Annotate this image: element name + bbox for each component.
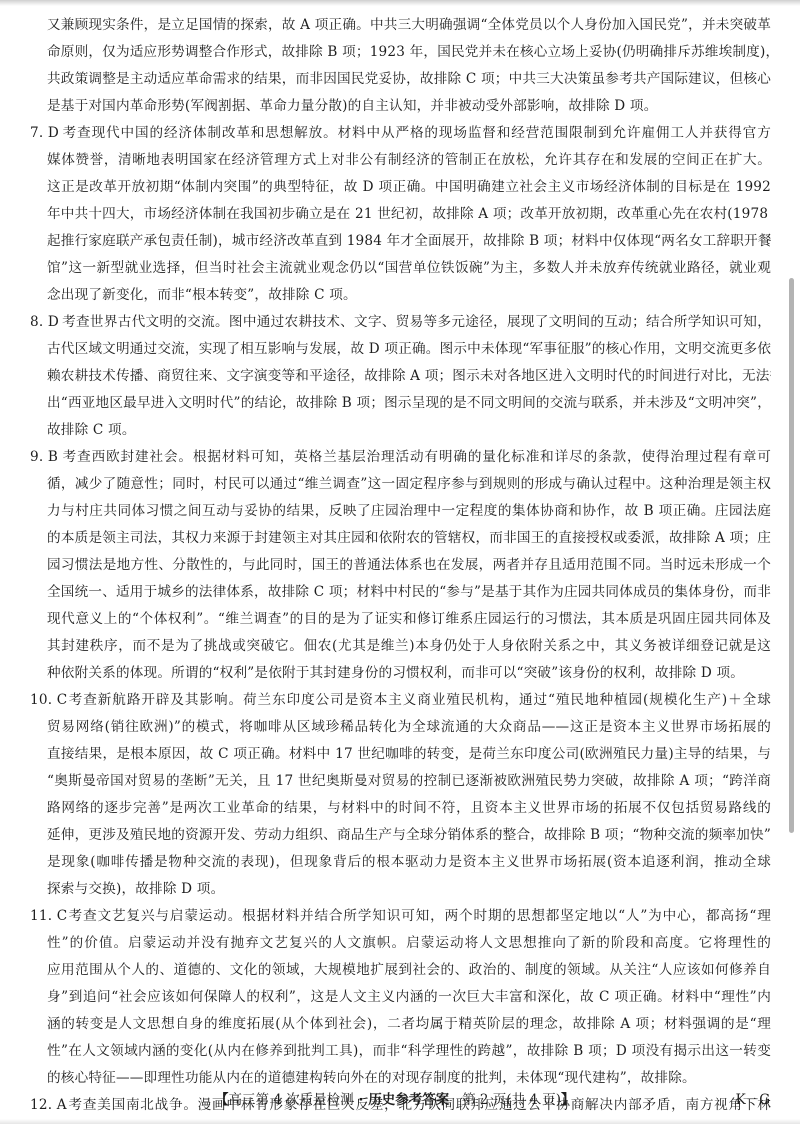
text-line: 园习惯法是地方性、分散性的，与此同时，国王的普通法体系也在发展，两者并存且适用范… [0,552,771,579]
text-line: 路网络的逐步完善”是两次工业革命的结果，与材料中的时间不符，且资本主义世界市场的… [0,795,771,822]
text-line: 是基于对国内革命形势(军阀割据、革命力量分散)的自主认知，并非被动受外部影响，故… [0,93,771,120]
text-line: 贸易网络(销往欧洲)”的模式，将咖啡从区域珍稀品转化为全球流通的大众商品——这正… [0,714,771,741]
text-line: 直接结果，是根本原因，故 C 项正确。材料中 17 世纪咖啡的转变，是荷兰东印度… [0,741,771,768]
page-footer: 【高三第 4 次质量检测 · 历史参考答案 第 2 页(共 4 页)】 K－G [0,1088,800,1112]
text-line: 考查文艺复兴与启蒙运动。根据材料并结合所学知识可知，两个时期的思想都坚定地以“人… [68,908,771,924]
text-line: 应用范围从个人的、道德的、文化的领域，大规模地扩展到社会的、政治的、制度的领域。… [0,957,771,984]
footer-title: 【高三第 4 次质量检测 · 历史参考答案 第 2 页(共 4 页)】 [215,1088,574,1112]
text-line: 命原则，仅为适应形势调整合作形式，故排除 B 项；1923 年，国民党并未在核心… [0,39,771,66]
text-line: 性”的价值。启蒙运动并没有抛弃文艺复兴的人文旗帜。启蒙运动将人文思想推向了新的阶… [0,930,771,957]
answer-q7: 7. D考查现代中国的经济体制改革和思想解放。材料中从严格的现场监督和经营范围限… [0,120,800,309]
text-line: 故排除 C 项。 [0,417,771,444]
text-line: 是现象(咖啡传播是物种交流的表现)，但现象背后的根本驱动力是资本主义世界市场拓展… [0,849,771,876]
text-line-first: 9. B考查西欧封建社会。根据材料可知，英格兰基层治理活动有明确的量化标准和详尽… [0,444,771,471]
text-line: 媒体赞誉，清晰地表明国家在经济管理方式上对非公有制经济的管制正在放松，允许其存在… [0,147,771,174]
text-line: 性”在人文领域内涵的变化(从内在修养到批判工具)，而非“科学理性的跨越”，故排除… [0,1038,771,1065]
exam-name: 高三第 4 次质量检测 [229,1092,354,1108]
open-bracket: 【 [215,1092,229,1108]
text-line: 念出现了新变化，而非“根本转变”，故排除 C 项。 [0,282,771,309]
answer-q10: 10. C考查新航路开辟及其影响。荷兰东印度公司是资本主义商业殖民机构，通过“殖… [0,687,800,903]
scrollbar-thumb[interactable] [789,278,794,833]
text-line: 考查西欧封建社会。根据材料可知，英格兰基层治理活动有明确的量化标准和详尽的条款，… [62,449,771,465]
question-number: 9. B [30,444,62,471]
question-number: 8. D [30,309,62,336]
close-bracket: 】 [561,1092,575,1108]
text-line: 循，减少了随意性；同时，村民可以通过“维兰调查”这一固定程序参与到规则的形成与确… [0,471,771,498]
text-line-first: 8. D考查世界古代文明的交流。图中通过农耕技术、文字、贸易等多元途径，展现了文… [0,309,771,336]
footer-spacer [449,1092,462,1108]
page-top-edge [0,0,800,6]
text-line: 其封建秩序，而不是为了挑战或突破它。佃农(尤其是维兰)本身仍处于人身依附关系之中… [0,633,771,660]
separator-dot: · [354,1092,369,1108]
text-line: 出“西亚地区最早进入文明时代”的结论，故排除 B 项；图示呈现的是不同文明间的交… [0,390,771,417]
text-line: 力与村庄共同体习惯之间互动与妥协的结果，反映了庄园治理中一定程度的集体协商和协作… [0,498,771,525]
answer-q11: 11. C考查文艺复兴与启蒙运动。根据材料并结合所学知识可知，两个时期的思想都坚… [0,903,800,1092]
text-line-first: 10. C考查新航路开辟及其影响。荷兰东印度公司是资本主义商业殖民机构，通过“殖… [0,687,771,714]
vertical-scrollbar[interactable] [788,12,796,1080]
text-line: 共政策调整是主动适应革命需求的结果，而非因国民党妥协，故排除 C 项；中共三大决… [0,66,771,93]
text-line: 考查世界古代文明的交流。图中通过农耕技术、文字、贸易等多元途径，展现了文明间的互… [62,314,771,330]
text-line-first: 7. D考查现代中国的经济体制改革和思想解放。材料中从严格的现场监督和经营范围限… [0,120,771,147]
text-line: 身”到追问“社会应该如何保障人的权利”，这是人文主义内涵的一次巨大丰富和深化，故… [0,984,771,1011]
text-line: 延伸，更涉及殖民地的资源开发、劳动力组织、商品生产与全球分销体系的整合，故排除 … [0,822,771,849]
text-line: 全国统一、适用于城乡的法律体系，故排除 C 项；材料中村民的“参与”是基于其作为… [0,579,771,606]
text-line: 考查新航路开辟及其影响。荷兰东印度公司是资本主义商业殖民机构，通过“殖民地种植园… [68,692,771,708]
text-line: 古代区域文明通过交流，实现了相互影响与发展，故 D 项正确。图示中未体现“军事征… [0,336,771,363]
text-line: “奥斯曼帝国对贸易的垄断”无关，且 17 世纪奥斯曼对贸易的控制已逐渐被欧洲殖民… [0,768,771,795]
text-line: 探索与交换)，故排除 D 项。 [0,876,771,903]
question-number: 10. C [30,687,68,714]
text-line: 考查现代中国的经济体制改革和思想解放。材料中从严格的现场监督和经营范围限制到允许… [62,125,771,141]
subject-title: 历史参考答案 [368,1092,449,1108]
answer-document-page: 又兼顾现实条件，是立足国情的探索，故 A 项正确。中共三大明确强调“全体党员以个… [0,12,800,1119]
text-line: 涵的转变是人文思想自身的维度拓展(从个体到社会)，二者均属于精英阶层的理念，故排… [0,1011,771,1038]
text-line: 又兼顾现实条件，是立足国情的探索，故 A 项正确。中共三大明确强调“全体党员以个… [0,12,771,39]
answer-q9: 9. B考查西欧封建社会。根据材料可知，英格兰基层治理活动有明确的量化标准和详尽… [0,444,800,687]
text-line: 馆”这一新型就业选择，但当时社会主流就业观念仍以“国营单位铁饭碗”为主，多数人并… [0,255,771,282]
document-code: K－G [736,1088,770,1112]
text-line: 这正是改革开放初期“体制内突围”的典型特征，故 D 项正确。中国明确建立社会主义… [0,174,771,201]
text-line-first: 11. C考查文艺复兴与启蒙运动。根据材料并结合所学知识可知，两个时期的思想都坚… [0,903,771,930]
question-number: 7. D [30,120,62,147]
page-info: 第 2 页(共 4 页) [462,1092,561,1108]
text-line: 年中共十四大，市场经济体制在我国初步确立是在 21 世纪初，故排除 A 项；改革… [0,201,771,228]
text-line: 起推行家庭联产承包责任制)，城市经济改革直到 1984 年才全面展开，故排除 B… [0,228,771,255]
answer-q8: 8. D考查世界古代文明的交流。图中通过农耕技术、文字、贸易等多元途径，展现了文… [0,309,800,444]
text-line: 现代意义上的“个体权利”。“维兰调查”的目的是为了证实和修订维系庄园运行的习惯法… [0,606,771,633]
question-number: 11. C [30,903,68,930]
text-line: 赖农耕技术传播、商贸往来、文字演变等和平途径，故排除 A 项；图示未对各地区进入… [0,363,771,390]
answer-q6-continuation: 又兼顾现实条件，是立足国情的探索，故 A 项正确。中共三大明确强调“全体党员以个… [0,12,800,120]
page-bottom-edge [0,1119,800,1124]
text-line: 种依附关系的体现。所谓的“权利”是依附于其封建身份的习惯权利，而非可以“突破”该… [0,660,771,687]
text-line: 的本质是领主司法，其权力来源于封建领主对其庄园和依附农的管辖权，而非国王的直接授… [0,525,771,552]
